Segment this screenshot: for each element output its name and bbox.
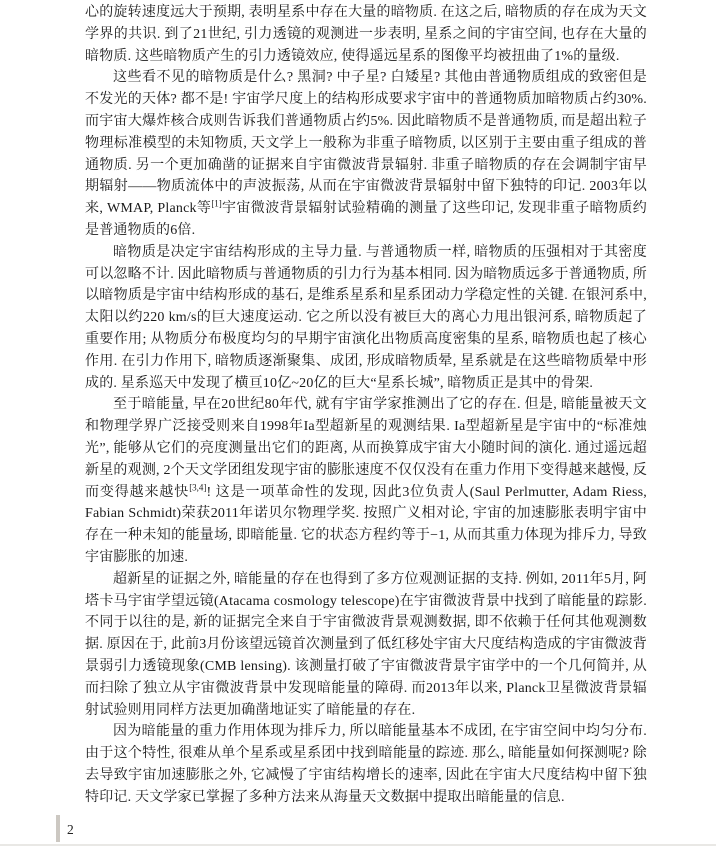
paragraph: 心的旋转速度远大于预期, 表明星系中存在大量的暗物质. 在这之后, 暗物质的存在… [85, 2, 647, 67]
text-body: 心的旋转速度远大于预期, 表明星系中存在大量的暗物质. 在这之后, 暗物质的存在… [85, 2, 647, 808]
page-number: 2 [67, 816, 74, 843]
paragraph: 暗物质是决定宇宙结构形成的主导力量. 与普通物质一样, 暗物质的压强相对于其密度… [85, 242, 647, 395]
bottom-divider [0, 844, 716, 846]
paragraph: 这些看不见的暗物质是什么? 黑洞? 中子星? 白矮星? 其他由普通物质组成的致密… [85, 67, 647, 241]
page-number-bar [56, 815, 60, 842]
citation-superscript: [3,4] [189, 482, 206, 492]
paragraph: 因为暗能量的重力作用体现为排斥力, 所以暗能量基本不成团, 在宇宙空间中均匀分布… [85, 721, 647, 808]
paragraph: 超新星的证据之外, 暗能量的存在也得到了多方位观测证据的支持. 例如, 2011… [85, 569, 647, 722]
document-page: 心的旋转速度远大于预期, 表明星系中存在大量的暗物质. 在这之后, 暗物质的存在… [0, 0, 716, 849]
paragraph: 至于暗能量, 早在20世纪80年代, 就有宇宙学家推测出了它的存在. 但是, 暗… [85, 394, 647, 568]
citation-superscript: [1] [211, 199, 222, 209]
